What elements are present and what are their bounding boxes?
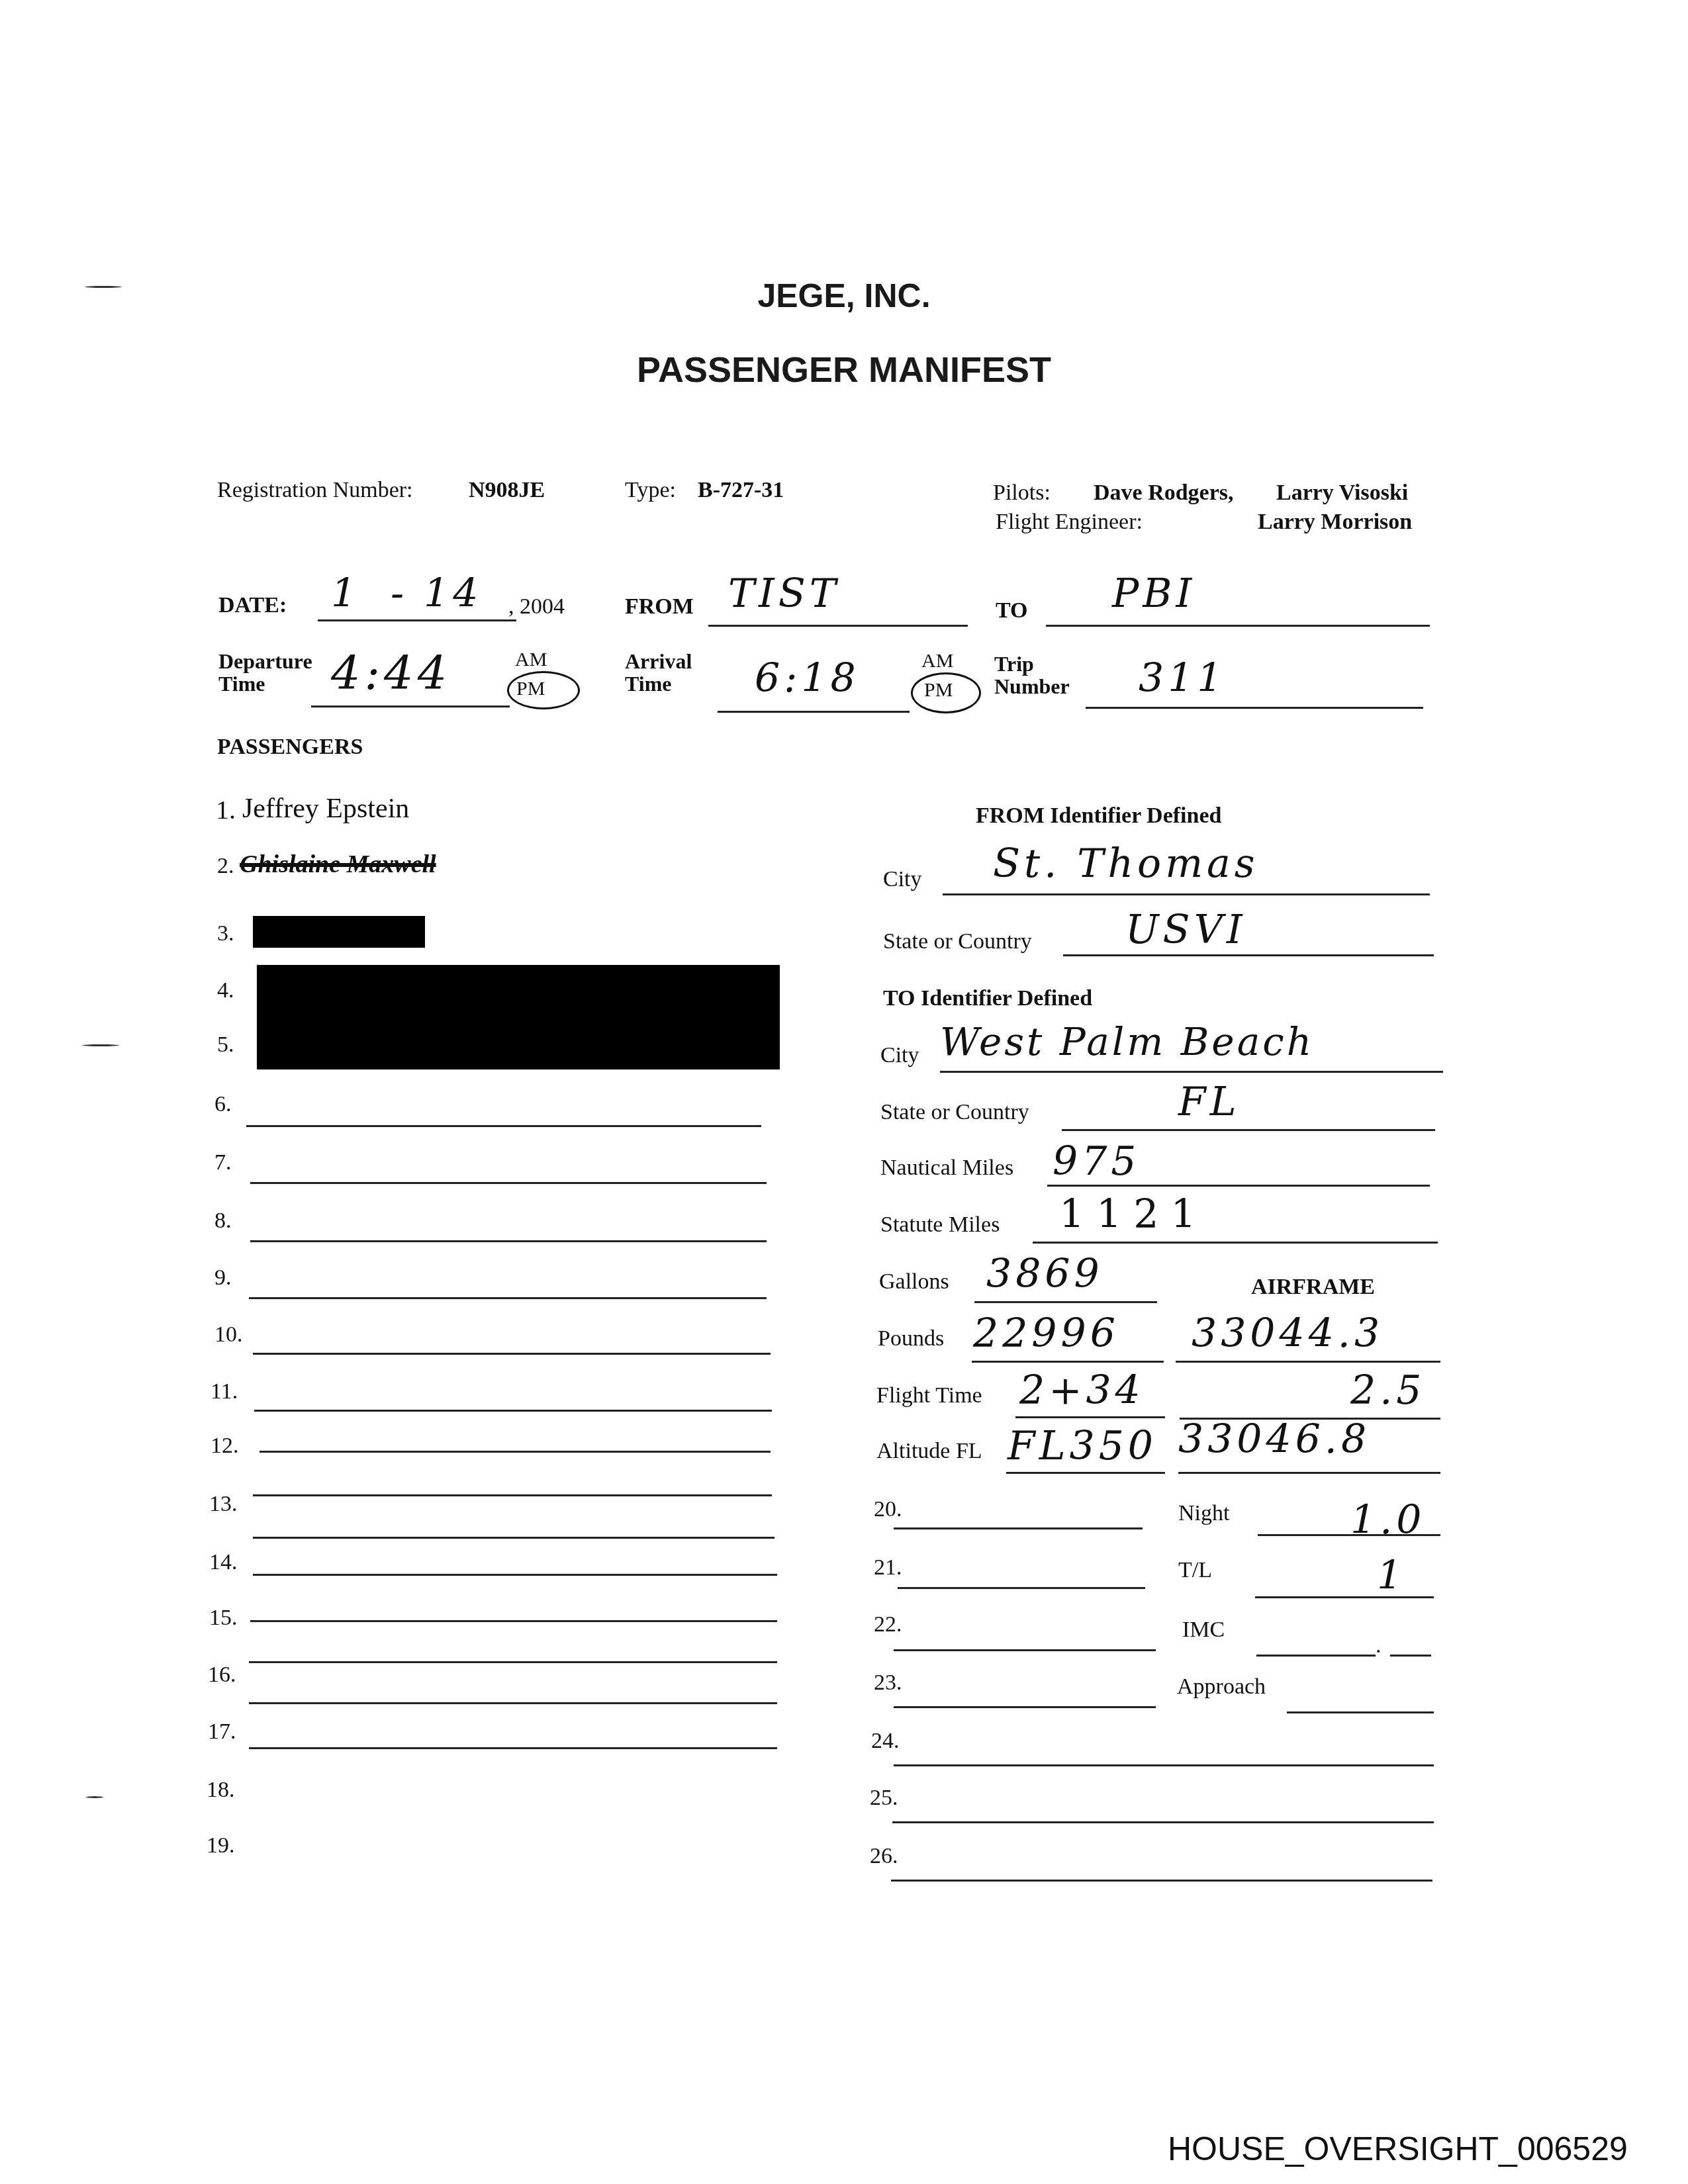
registration-label: Registration Number: (217, 478, 413, 503)
to-state-label: State or Country (880, 1100, 1029, 1125)
passenger-8-number: 8. (214, 1208, 232, 1234)
trip-number-value[interactable]: 311 (1139, 655, 1227, 702)
passenger-15-number: 15. (209, 1606, 238, 1631)
from-city-label: City (883, 867, 922, 892)
passenger-13-line[interactable] (253, 1494, 772, 1496)
bates-number: HOUSE_OVERSIGHT_006529 (1168, 2130, 1628, 2168)
altitude-label: Altitude FL (876, 1439, 982, 1464)
passenger-6-number: 6. (214, 1092, 232, 1117)
pounds-line (972, 1361, 1164, 1363)
approach-line[interactable] (1287, 1711, 1434, 1713)
pilot-2: Larry Visoski (1276, 480, 1408, 506)
passenger-17-line[interactable] (249, 1661, 777, 1663)
altitude-value[interactable]: FL350 (1008, 1423, 1157, 1469)
passenger-9-line[interactable] (249, 1297, 767, 1299)
passenger-1-number: 1. (216, 794, 236, 825)
date-day[interactable]: 14 (424, 570, 482, 617)
pilot-1: Dave Rodgers, (1094, 480, 1234, 506)
nautical-miles-line (1047, 1185, 1430, 1187)
from-label: FROM (625, 594, 694, 619)
passengers-4-5-redaction (257, 965, 780, 1069)
company-name: JEGE, INC. (0, 277, 1688, 315)
passenger-19-line[interactable] (249, 1747, 777, 1749)
passenger-25-line[interactable] (892, 1821, 1434, 1823)
tl-line (1255, 1596, 1434, 1598)
passenger-23-number: 23. (874, 1670, 902, 1696)
to-field-line (1046, 625, 1430, 627)
arrival-time-value[interactable]: 6:18 (755, 655, 860, 702)
departure-label-line-1: Departure (218, 650, 312, 672)
passenger-10-number: 10. (214, 1322, 243, 1347)
date-year: , 2004 (508, 594, 565, 619)
gallons-label: Gallons (879, 1269, 949, 1295)
passenger-11-line[interactable] (254, 1410, 772, 1412)
passenger-16-line[interactable] (250, 1620, 777, 1622)
departure-label-line-2: Time (218, 672, 312, 695)
passenger-14-line[interactable] (253, 1537, 774, 1539)
passenger-12-line[interactable] (259, 1451, 771, 1453)
departure-field-line (311, 705, 510, 707)
altitude-line (1006, 1472, 1165, 1474)
trip-label-line-1: Trip (994, 653, 1070, 675)
night-label: Night (1178, 1501, 1229, 1526)
type-label: Type: (625, 478, 676, 503)
statute-miles-label: Statute Miles (880, 1212, 1000, 1238)
from-city-value[interactable]: St. Thomas (993, 841, 1259, 887)
flight-time-airframe-value[interactable]: 2.5 (1350, 1367, 1425, 1414)
date-separator: - (391, 570, 408, 617)
from-state-label: State or Country (883, 929, 1032, 954)
gallons-line (974, 1301, 1157, 1303)
gallons-value[interactable]: 3869 (986, 1251, 1103, 1297)
page-title: PASSENGER MANIFEST (0, 349, 1688, 390)
passenger-11-number: 11. (211, 1379, 238, 1404)
passenger-7-number: 7. (214, 1150, 232, 1175)
passenger-20-line[interactable] (894, 1527, 1143, 1529)
passenger-19-number: 19. (207, 1833, 235, 1858)
statute-miles-value[interactable]: 1121 (1059, 1191, 1208, 1238)
passenger-9-number: 9. (214, 1265, 232, 1291)
altitude-airframe-line (1178, 1472, 1440, 1474)
passenger-15-line[interactable] (253, 1574, 777, 1576)
arrival-label-line-1: Arrival (625, 650, 692, 672)
passenger-26-line[interactable] (891, 1880, 1432, 1882)
passengers-heading: PASSENGERS (217, 735, 363, 760)
passenger-17-number: 17. (208, 1719, 236, 1745)
from-identifier-heading: FROM Identifier Defined (976, 803, 1221, 829)
passenger-24-line[interactable] (894, 1764, 1434, 1766)
flight-time-line (1015, 1416, 1165, 1418)
arrival-label-line-2: Time (625, 672, 692, 695)
trip-field-line (1086, 707, 1423, 709)
from-city-line (943, 893, 1430, 895)
passenger-25-number: 25. (870, 1786, 898, 1811)
passenger-21-line[interactable] (898, 1587, 1145, 1589)
to-value[interactable]: PBI (1112, 570, 1196, 617)
from-state-line (1063, 954, 1434, 956)
passenger-26-number: 26. (870, 1844, 898, 1869)
date-field-line (318, 619, 516, 621)
passenger-2-number: 2. (217, 854, 234, 879)
passenger-16-number: 16. (208, 1662, 236, 1688)
tl-label: T/L (1178, 1558, 1212, 1583)
passenger-24-number: 24. (871, 1729, 900, 1754)
imc-line-a (1256, 1655, 1376, 1657)
date-label: DATE: (218, 593, 287, 618)
tl-value[interactable]: 1 (1377, 1553, 1406, 1599)
imc-value[interactable]: . (1376, 1633, 1382, 1659)
passenger-10-line[interactable] (253, 1353, 771, 1355)
date-month[interactable]: 1 (331, 570, 360, 617)
passenger-22-line[interactable] (894, 1649, 1156, 1651)
trip-number-label: Trip Number (994, 653, 1070, 698)
passenger-13-number: 13. (209, 1492, 238, 1517)
to-state-line (1062, 1129, 1435, 1131)
to-identifier-heading: TO Identifier Defined (883, 986, 1092, 1011)
pounds-value[interactable]: 22996 (973, 1310, 1119, 1357)
trip-label-line-2: Number (994, 675, 1070, 698)
imc-line-b (1390, 1655, 1431, 1657)
pilots-label: Pilots: (993, 480, 1051, 506)
from-state-value[interactable]: USVI (1125, 907, 1246, 953)
pounds-airframe-line (1176, 1361, 1440, 1363)
nautical-miles-label: Nautical Miles (880, 1156, 1013, 1181)
arrival-label: Arrival Time (625, 650, 692, 695)
passenger-4-number: 4. (217, 978, 234, 1003)
passenger-21-number: 21. (874, 1555, 902, 1580)
imc-label: IMC (1182, 1617, 1225, 1643)
departure-pm-selected-circle (507, 671, 580, 709)
passenger-2-name-struck[interactable]: Ghislaine Maxwell (240, 850, 436, 879)
engineer-label: Flight Engineer: (996, 510, 1143, 535)
passenger-12-number: 12. (211, 1433, 239, 1459)
passenger-8-line[interactable] (250, 1240, 767, 1242)
pounds-airframe-value[interactable]: 33044.3 (1192, 1310, 1383, 1357)
registration-value: N908JE (469, 478, 545, 503)
arrival-am-option[interactable]: AM (921, 650, 953, 672)
approach-label: Approach (1177, 1674, 1266, 1700)
altitude-airframe-value[interactable]: 33046.8 (1178, 1416, 1370, 1463)
passenger-14-number: 14. (209, 1550, 238, 1575)
passenger-18-number: 18. (207, 1778, 235, 1803)
passenger-6-line[interactable] (246, 1125, 761, 1127)
airframe-heading: AIRFRAME (1251, 1275, 1375, 1300)
passenger-5-number: 5. (217, 1032, 234, 1058)
flight-time-value[interactable]: 2+34 (1019, 1367, 1145, 1414)
to-city-label: City (880, 1043, 919, 1068)
departure-time-value[interactable]: 4:44 (331, 646, 451, 700)
to-label: TO (996, 598, 1028, 623)
nautical-miles-value[interactable]: 975 (1053, 1138, 1141, 1185)
statute-miles-line (1033, 1242, 1438, 1244)
passenger-20-number: 20. (874, 1497, 902, 1522)
engineer-value: Larry Morrison (1258, 510, 1412, 535)
arrival-pm-selected-circle (911, 672, 981, 713)
passenger-22-number: 22. (874, 1612, 902, 1637)
margin-mark (86, 1796, 103, 1798)
night-value[interactable]: 1.0 (1350, 1497, 1425, 1543)
departure-am-option[interactable]: AM (515, 649, 547, 671)
departure-label: Departure Time (218, 650, 312, 695)
from-value[interactable]: TIST (728, 570, 840, 617)
from-field-line (708, 625, 968, 627)
to-city-line (940, 1071, 1443, 1073)
to-state-value[interactable]: FL (1178, 1079, 1240, 1125)
passenger-23-line[interactable] (894, 1706, 1156, 1708)
type-value: B-727-31 (698, 478, 784, 503)
pounds-label: Pounds (878, 1326, 944, 1351)
margin-mark (82, 1044, 119, 1046)
passenger-1-name[interactable]: Jeffrey Epstein (242, 793, 409, 825)
passenger-18-line[interactable] (249, 1702, 777, 1704)
flight-time-label: Flight Time (876, 1383, 982, 1408)
passenger-3-number: 3. (217, 921, 234, 946)
passenger-3-redaction (253, 916, 425, 948)
arrival-field-line (718, 711, 910, 713)
passenger-7-line[interactable] (250, 1182, 767, 1184)
to-city-value[interactable]: West Palm Beach (940, 1019, 1314, 1064)
